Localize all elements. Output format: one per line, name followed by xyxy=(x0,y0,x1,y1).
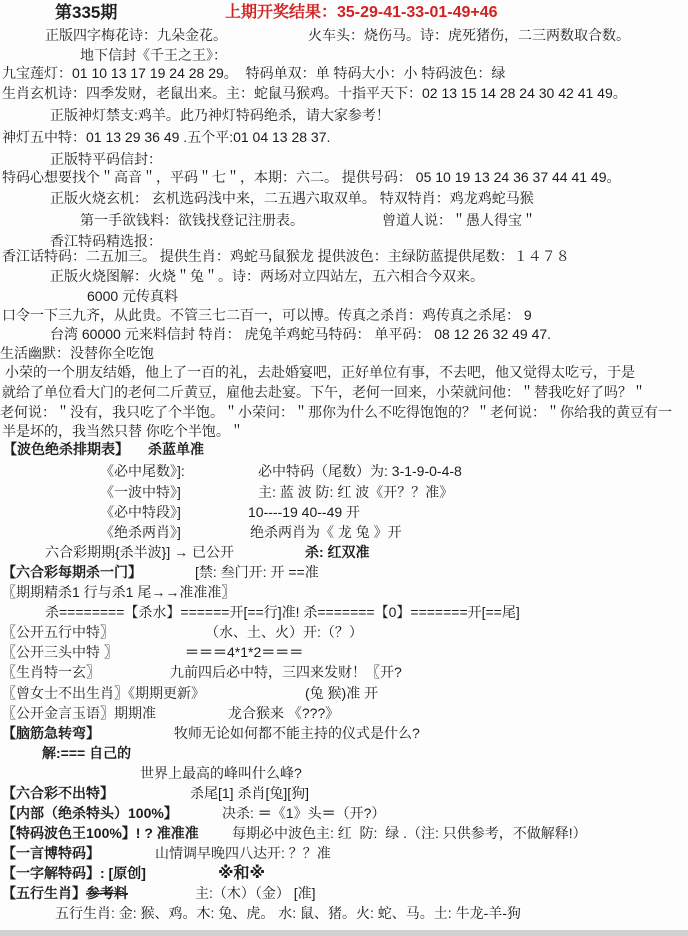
text-segment: 主:（木）（金） [准] xyxy=(195,885,316,901)
text-segment: 半是坏的，我当然只替 你吃个半饱。＂ xyxy=(2,423,244,439)
text-run: 主: 蓝 波 防: 红 波《开？？准》 xyxy=(258,483,453,502)
text-run: 〖公开三头中特 〗 xyxy=(2,643,118,662)
line-joke-1: 小荣的一个朋友结婚，他上了一百的礼，去赴婚宴吧，正好单位有事，不去吧，他又觉得太… xyxy=(0,363,688,383)
line-not-out-special: 【六合彩不出特】杀尾[1] 杀肖[兔][狗] xyxy=(0,784,688,804)
text-segment: 杀: 红双准 xyxy=(305,544,370,560)
text-segment: 正版火烧玄机： 玄机选码浅中来，二五遇六取双单。 特双特肖：鸡龙鸡蛇马猴 xyxy=(50,190,534,206)
line-one-char-special: 【一字解特码】: [原创]※和※ xyxy=(0,864,688,884)
text-segment: 【一字解特码】: [原创] xyxy=(2,865,146,881)
text-run: 生肖玄机诗：四季发财，老鼠出来。主：蛇鼠马猴鸡。十指平天下：02 13 15 1… xyxy=(2,84,627,103)
text-segment: ＝ xyxy=(322,805,336,821)
text-segment: 老何说：＂没有，我只吃了个半饱。＂小荣问：＂那你为什么不吃得饱饱的？＂老何说：＂… xyxy=(0,404,672,420)
text-run: 九前四后必中特，三四来发财！〖开? xyxy=(170,663,402,682)
text-segment: 〖公开金言玉语〗期期准 xyxy=(2,705,156,721)
text-segment: 《必中特段》] xyxy=(100,504,181,520)
line-wave-color-king: 【特码波色王100%】! ? 准准准每期必中波色主: 红 防: 绿 .（注: 只… xyxy=(0,824,688,844)
line-kill-row-tail: 〖期期精杀1 行与杀1 尾→→准准准〗 xyxy=(0,583,688,603)
text-run: 【六合彩不出特】 xyxy=(2,784,114,803)
text-segment: 山情调早晚四八达开: ？？准 xyxy=(155,845,331,861)
line-envelope-title: 地下信封《千王之王》： xyxy=(0,46,688,66)
text-segment: 【六合彩每期杀一门】 xyxy=(2,564,142,580)
text-run: 杀: 红双准 xyxy=(305,543,370,562)
text-run: 神灯五中特：01 13 29 36 49 .五个平:01 04 13 28 37… xyxy=(2,128,330,147)
text-run: ※和※ xyxy=(218,864,265,883)
text-segment: 《绝杀两肖》] xyxy=(100,524,181,540)
text-segment: 决杀: xyxy=(222,805,258,821)
line-password-fax: 口令一下三九齐，从此贵。不管三七二百一，可以博。传真之杀肖：鸡传真之杀尾： 9 xyxy=(0,306,688,326)
line-second-teaser: 世界上最高的峰叫什么峰? xyxy=(0,764,688,784)
text-run: 小荣的一个朋友结婚，他上了一百的礼，去赴婚宴吧，正好单位有事，不去吧，他又觉得太… xyxy=(5,363,635,382)
text-segment: (兔 猴)准 开 xyxy=(305,685,378,701)
text-run: 决杀: ＝《1》头＝（开?） xyxy=(222,804,385,823)
zeng-daoren-says: 曾道人说：＂愚人得宝＂ xyxy=(382,211,536,230)
line-golden-words: 〖公开金言玉语〗期期准龙合猴来 《???》 xyxy=(0,704,688,724)
text-run: 正版火烧玄机： 玄机选码浅中来，二五遇六取双单。 特双特肖：鸡龙鸡蛇马猴 xyxy=(50,189,534,208)
line-zodiac-mystery-poem: 生肖玄机诗：四季发财，老鼠出来。主：蛇鼠马猴鸡。十指平天下：02 13 15 1… xyxy=(0,84,688,104)
text-segment: 主: 蓝 波 防: 红 波《开？？准》 xyxy=(258,484,453,500)
text-segment: 地下信封《千王之王》： xyxy=(80,47,227,63)
line-kill-half-wave: 六合彩期期{杀半波}] → 已公开杀: 红双准 xyxy=(0,543,688,563)
text-run: 必中特码（尾数）为: 3-1-9-0-4-8 xyxy=(258,462,462,481)
text-segment: 《必中尾数》]: xyxy=(100,463,185,479)
text-segment: 世界上最高的峰叫什么峰? xyxy=(140,765,302,781)
text-run: 6000 元传真料 xyxy=(87,287,178,306)
text-segment: [禁: 叁门开: 开 ==准 xyxy=(195,564,319,580)
text-segment: 【内部（绝杀特头）100%】 xyxy=(2,805,178,821)
text-segment: 【五行生肖】 xyxy=(2,885,86,901)
line-brain-teaser: 【脑筋急转弯】牧师无论如何都不能主持的仪式是什么? xyxy=(0,724,688,744)
text-run: 正版火烧图解：火烧＂兔＂。诗：两场对立四站左，五六相合今双来。 xyxy=(50,267,484,286)
text-run: (兔 猴)准 开 xyxy=(305,684,378,703)
text-run: 〖公开金言玉语〗期期准 xyxy=(2,704,156,723)
line-plum-poem: 正版四字梅花诗：九朵金花。火车头：烧伤马。诗：虎死猪伤，二三两数取合数。 xyxy=(0,26,688,46)
line-fire-mystery: 正版火烧玄机： 玄机选码浅中来，二五遇六取双单。 特双特肖：鸡龙鸡蛇马猴 xyxy=(0,189,688,209)
text-run: 世界上最高的峰叫什么峰? xyxy=(140,764,302,783)
text-segment: 五行生肖: 金: 猴、鸡。木: 兔、虎。 水: 鼠、猪。火: 蛇、马。土: 牛龙… xyxy=(55,905,521,921)
line-kill-one-gate: 【六合彩每期杀一门】[禁: 叁门开: 开 ==准 xyxy=(0,563,688,583)
text-segment: （开?） xyxy=(336,805,386,821)
text-segment: 曾道人说：＂愚人得宝＂ xyxy=(382,212,536,228)
previous-draw-result: 上期开奖结果：35-29-41-33-01-49+46 xyxy=(225,3,498,22)
text-segment: 〖公开三头中特 〗 xyxy=(2,644,118,660)
text-run: 正版神灯禁支:鸡羊。此乃神灯特码绝杀，请大家参考！ xyxy=(50,106,390,125)
text-segment: 〖公开五行中特〗 xyxy=(2,624,114,640)
text-run: 六合彩期期{杀半波}] → 已公开 xyxy=(45,543,234,562)
text-segment: 神灯五中特：01 13 29 36 49 .五个平:01 04 13 28 37… xyxy=(2,129,330,145)
text-run: 每期必中波色主: 红 防: 绿 .（注: 只供参考，不做解释!） xyxy=(232,824,587,843)
text-run: 〖曾女士不出生肖〗《期期更新》 xyxy=(2,684,205,703)
text-segment: 正版火烧图解：火烧＂兔＂。诗：两场对立四站左，五六相合今双来。 xyxy=(50,268,484,284)
line-taiwan-envelope: 台湾 60000 元来料信封 特肖： 虎兔羊鸡蛇马特码： 单平码： 08 12 … xyxy=(0,325,688,345)
lottery-tip-sheet: 第335期上期开奖结果：35-29-41-33-01-49+46正版四字梅花诗：… xyxy=(0,0,688,936)
text-segment: 杀尾[1] 杀肖[兔][狗] xyxy=(190,785,309,801)
line-joke-2: 就给了单位看大门的老何二斤黄豆，雇他去赴宴。下午，老何一回来，小荣就问他：＂替我… xyxy=(0,383,688,403)
text-run: 老何说：＂没有，我只吃了个半饱。＂小荣问：＂那你为什么不吃得饱饱的？＂老何说：＂… xyxy=(0,403,672,422)
text-run: ＝＝＝4*1*2＝＝＝ xyxy=(185,643,303,662)
line-nine-treasure-lamp: 九宝莲灯：01 10 13 17 19 24 28 29。 特码单双：单 特码大… xyxy=(0,64,688,84)
text-run: 就给了单位看大门的老何二斤黄豆，雇他去赴宴。下午，老何一回来，小荣就问他：＂替我… xyxy=(2,383,646,402)
line-must-hit-tails: 《必中尾数》]:必中特码（尾数）为: 3-1-9-0-4-8 xyxy=(0,462,688,482)
text-segment: 【脑筋急转弯】 xyxy=(2,725,100,741)
text-segment: 《一波中特》] xyxy=(100,484,181,500)
text-segment: 第335期 xyxy=(55,3,117,22)
text-run: 《必中特段》] xyxy=(100,503,181,522)
line-fire-diagram: 正版火烧图解：火烧＂兔＂。诗：两场对立四站左，五六相合今双来。 xyxy=(0,267,688,287)
line-one-word-special: 【一言博特码】山情调早晚四八达开: ？？准 xyxy=(0,844,688,864)
text-segment: 参考料 xyxy=(86,885,128,901)
text-run: 正版特平码信封： xyxy=(50,150,162,169)
text-segment: 〖生肖特一玄〗 xyxy=(2,664,100,680)
text-segment: 〖曾女士不出生肖〗《期期更新》 xyxy=(2,685,205,701)
text-run: 【一字解特码】: [原创] xyxy=(2,864,146,883)
line-five-element-zodiac-list: 五行生肖: 金: 猴、鸡。木: 兔、虎。 水: 鼠、猪。火: 蛇、马。土: 牛龙… xyxy=(0,904,688,924)
text-run: 主:（木）（金） [准] xyxy=(195,884,316,903)
text-segment: 生活幽默：没替你全吃饱 xyxy=(0,345,154,361)
text-run: 五行生肖: 金: 猴、鸡。木: 兔、虎。 水: 鼠、猪。火: 蛇、马。土: 牛龙… xyxy=(55,904,521,923)
text-run: 半是坏的，我当然只替 你吃个半饱。＂ xyxy=(2,422,244,441)
text-segment: 4*1*2 xyxy=(227,644,261,660)
text-run: 杀========【杀水】======开[==行]准! 杀=======【0】=… xyxy=(45,603,520,622)
text-run: 口令一下三九齐，从此贵。不管三七二百一，可以博。传真之杀肖：鸡传真之杀尾： 9 xyxy=(2,306,532,325)
line-must-hit-range: 《必中特段》]10----19 40--49 开 xyxy=(0,503,688,523)
line-wave-kill-table: 【波色绝杀排期表】杀蓝单准 xyxy=(0,440,688,460)
text-segment: 正版神灯禁支:鸡羊。此乃神灯特码绝杀，请大家参考！ xyxy=(50,107,390,123)
text-segment: 【一言博特码】 xyxy=(2,845,100,861)
text-run: 第一手欲钱料：欲钱找登记注册表。 xyxy=(80,211,304,230)
text-segment: 杀========【杀水】======开[==行]准! 杀=======【0】=… xyxy=(45,604,520,620)
train-head-poem: 火车头：烧伤马。诗：虎死猪伤，二三两数取合数。 xyxy=(308,26,630,45)
text-segment: 九宝莲灯：01 10 13 17 19 24 28 29。 特码单双：单 特码大… xyxy=(2,65,505,81)
text-segment: ＝ xyxy=(258,805,272,821)
text-segment: 就给了单位看大门的老何二斤黄豆，雇他去赴宴。下午，老何一回来，小荣就问他：＂替我… xyxy=(2,384,646,400)
line-three-heads-special: 〖公开三头中特 〗＝＝＝4*1*2＝＝＝ xyxy=(0,643,688,663)
line-kill-two-zodiac: 《绝杀两肖》]绝杀两肖为《 龙 兔 》开 xyxy=(0,523,688,543)
plum-blossom-poem: 正版四字梅花诗：九朵金花。 xyxy=(45,26,227,45)
text-segment: （水、土、火）开:（？） xyxy=(205,624,363,640)
text-run: （水、土、火）开:（？） xyxy=(205,623,363,642)
text-segment: 〖期期精杀1 行与杀1 尾→→准准准〗 xyxy=(2,584,235,600)
issue-number: 第335期 xyxy=(55,3,117,23)
line-header: 第335期上期开奖结果：35-29-41-33-01-49+46 xyxy=(0,3,688,23)
line-lamp-five-special: 神灯五中特：01 13 29 36 49 .五个平:01 04 13 28 37… xyxy=(0,128,688,148)
line-zodiac-one-mystery: 〖生肖特一玄〗九前四后必中特，三四来发财！〖开? xyxy=(0,663,688,683)
text-segment: 正版四字梅花诗：九朵金花。 xyxy=(45,27,227,43)
text-segment: 【六合彩不出特】 xyxy=(2,785,114,801)
line-teaser-answer: 解:=== 自己的 xyxy=(0,744,688,764)
line-hongkong-special: 香江话特码：二五加三。 提供生肖：鸡蛇马鼠猴龙 提供波色：主绿防蓝提供尾数：１４… xyxy=(0,247,688,267)
text-segment: 生肖玄机诗：四季发财，老鼠出来。主：蛇鼠马猴鸡。十指平天下：02 13 15 1… xyxy=(2,85,627,101)
text-run: 特码心想要找个＂高音＂，平码＂七＂，本期：六二。 提供号码： 05 10 19 … xyxy=(2,168,621,187)
line-lamp-ban: 正版神灯禁支:鸡羊。此乃神灯特码绝杀，请大家参考！ xyxy=(0,106,688,126)
text-run: 解:=== 自己的 xyxy=(42,744,131,763)
text-segment: 每期必中波色主: 红 防: 绿 .（注: 只供参考，不做解释!） xyxy=(232,825,587,841)
text-segment: 必中特码（尾数）为: 3-1-9-0-4-8 xyxy=(258,463,462,479)
text-segment: 香江话特码：二五加三。 提供生肖：鸡蛇马鼠猴龙 提供波色：主绿防蓝提供尾数：１４… xyxy=(2,248,570,264)
text-segment: 龙合猴来 《???》 xyxy=(228,705,339,721)
text-run: 〖期期精杀1 行与杀1 尾→→准准准〗 xyxy=(2,583,235,602)
line-life-humor: 生活幽默：没替你全吃饱 xyxy=(0,344,688,364)
text-segment: 特码心想要找个＂高音＂，平码＂七＂，本期：六二。 提供号码： 05 10 19 … xyxy=(2,169,621,185)
text-run: 台湾 60000 元来料信封 特肖： 虎兔羊鸡蛇马特码： 单平码： 08 12 … xyxy=(50,325,551,344)
text-segment: 口令一下三九齐，从此贵。不管三七二百一，可以博。传真之杀肖：鸡传真之杀尾： 9 xyxy=(2,307,532,323)
text-run: 【波色绝杀排期表】 xyxy=(3,440,129,459)
line-madam-zeng: 〖曾女士不出生肖〗《期期更新》(兔 猴)准 开 xyxy=(0,684,688,704)
text-segment: 牧师无论如何都不能主持的仪式是什么? xyxy=(174,725,420,741)
text-run: 龙合猴来 《???》 xyxy=(228,704,339,723)
line-special-flat-envelope: 正版特平码信封： xyxy=(0,150,688,170)
line-internal-kill-head: 【内部（绝杀特头）100%】决杀: ＝《1》头＝（开?） xyxy=(0,804,688,824)
line-joke-4: 半是坏的，我当然只替 你吃个半饱。＂ xyxy=(0,422,688,442)
line-five-element-zodiac-main: 【五行生肖】参考料主:（木）（金） [准] xyxy=(0,884,688,904)
text-run: 【脑筋急转弯】 xyxy=(2,724,100,743)
text-run: 【内部（绝杀特头）100%】 xyxy=(2,804,178,823)
text-run: 地下信封《千王之王》： xyxy=(80,46,227,65)
line-money-hint: 第一手欲钱料：欲钱找登记注册表。曾道人说：＂愚人得宝＂ xyxy=(0,211,688,231)
text-run: 香江话特码：二五加三。 提供生肖：鸡蛇马鼠猴龙 提供波色：主绿防蓝提供尾数：１４… xyxy=(2,247,570,266)
text-run: 九宝莲灯：01 10 13 17 19 24 28 29。 特码单双：单 特码大… xyxy=(2,64,505,83)
text-run: 《必中尾数》]: xyxy=(100,462,185,481)
text-segment: 火车头：烧伤马。诗：虎死猪伤，二三两数取合数。 xyxy=(308,27,630,43)
text-run: 《一波中特》] xyxy=(100,483,181,502)
text-run: 〖生肖特一玄〗 xyxy=(2,663,100,682)
text-segment: ＝＝＝ xyxy=(185,644,227,660)
text-run: 《绝杀两肖》] xyxy=(100,523,181,542)
line-special-code-hint: 特码心想要找个＂高音＂，平码＂七＂，本期：六二。 提供号码： 05 10 19 … xyxy=(0,168,688,188)
text-run: [禁: 叁门开: 开 ==准 xyxy=(195,563,319,582)
line-joke-3: 老何说：＂没有，我只吃了个半饱。＂小荣问：＂那你为什么不吃得饱饱的？＂老何说：＂… xyxy=(0,403,688,423)
text-run: 牧师无论如何都不能主持的仪式是什么? xyxy=(174,724,420,743)
text-run: 〖公开五行中特〗 xyxy=(2,623,114,642)
scan-edge-artifact xyxy=(0,930,688,936)
text-segment: 10----19 40--49 开 xyxy=(248,504,360,520)
text-segment: 小荣的一个朋友结婚，他上了一百的礼，去赴婚宴吧，正好单位有事，不去吧，他又觉得太… xyxy=(5,364,635,380)
line-kill-water: 杀========【杀水】======开[==行]准! 杀=======【0】=… xyxy=(0,603,688,623)
text-segment: 绝杀两肖为《 龙 兔 》开 xyxy=(250,524,402,540)
text-run: 10----19 40--49 开 xyxy=(248,503,360,522)
text-run: 绝杀两肖为《 龙 兔 》开 xyxy=(250,523,402,542)
text-segment: 6000 元传真料 xyxy=(87,288,178,304)
text-run: 生活幽默：没替你全吃饱 xyxy=(0,344,154,363)
text-run: 山情调早晚四八达开: ？？准 xyxy=(155,844,331,863)
line-five-elements-special: 〖公开五行中特〗（水、土、火）开:（？） xyxy=(0,623,688,643)
text-segment: ＝＝＝ xyxy=(261,644,303,660)
text-run: 【特码波色王100%】! ? 准准准 xyxy=(2,824,199,843)
text-segment: 【波色绝杀排期表】 xyxy=(3,441,129,457)
text-segment: 第一手欲钱料：欲钱找登记注册表。 xyxy=(80,212,304,228)
text-run: 杀蓝单准 xyxy=(148,440,204,459)
text-segment: 台湾 60000 元来料信封 特肖： 虎兔羊鸡蛇马特码： 单平码： 08 12 … xyxy=(50,326,551,342)
text-segment: 【特码波色王100%】! ? 准准准 xyxy=(2,825,199,841)
text-segment: 六合彩期期{杀半波}] → 已公开 xyxy=(45,544,234,560)
text-segment: 解:=== 自己的 xyxy=(42,745,131,761)
text-segment: 《1》头 xyxy=(272,805,322,821)
text-run: 【五行生肖】参考料 xyxy=(2,884,128,903)
text-segment: 上期开奖结果：35-29-41-33-01-49+46 xyxy=(225,4,498,21)
text-run: 【六合彩每期杀一门】 xyxy=(2,563,142,582)
text-segment: 杀蓝单准 xyxy=(148,441,204,457)
text-run: 杀尾[1] 杀肖[兔][狗] xyxy=(190,784,309,803)
text-segment: ※和※ xyxy=(218,865,265,882)
text-run: 【一言博特码】 xyxy=(2,844,100,863)
line-fax-6000: 6000 元传真料 xyxy=(0,287,688,307)
text-segment: 正版特平码信封： xyxy=(50,151,162,167)
line-one-wave-special: 《一波中特》]主: 蓝 波 防: 红 波《开？？准》 xyxy=(0,483,688,503)
text-segment: 九前四后必中特，三四来发财！〖开? xyxy=(170,664,402,680)
